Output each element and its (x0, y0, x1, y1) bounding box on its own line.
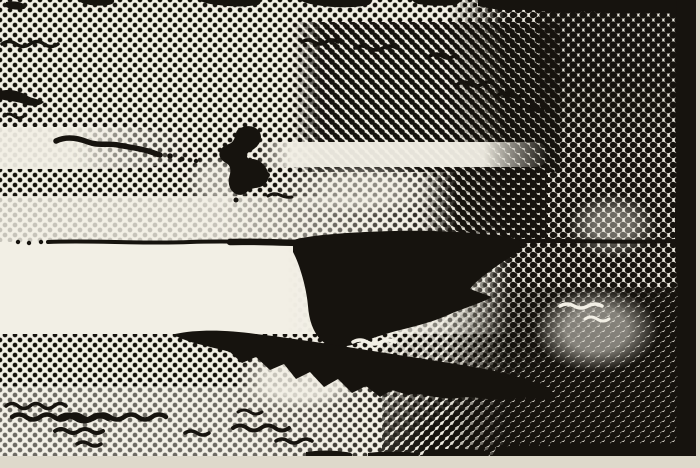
foreground-ripples (6, 404, 312, 447)
halftone-photograph (0, 0, 700, 468)
right-edge-band (675, 0, 696, 454)
paper-margin-bottom (0, 456, 700, 468)
left-edge-marks (0, 90, 44, 118)
bottom-edge-marks (306, 444, 694, 456)
upper-water-squiggles (2, 40, 544, 110)
ink-shape-layer (0, 0, 700, 468)
boat-hull (293, 231, 524, 347)
rider-figure (219, 126, 292, 202)
tow-streak (56, 138, 198, 163)
top-edge-band (6, 0, 696, 14)
paper-margin-right (696, 0, 700, 468)
